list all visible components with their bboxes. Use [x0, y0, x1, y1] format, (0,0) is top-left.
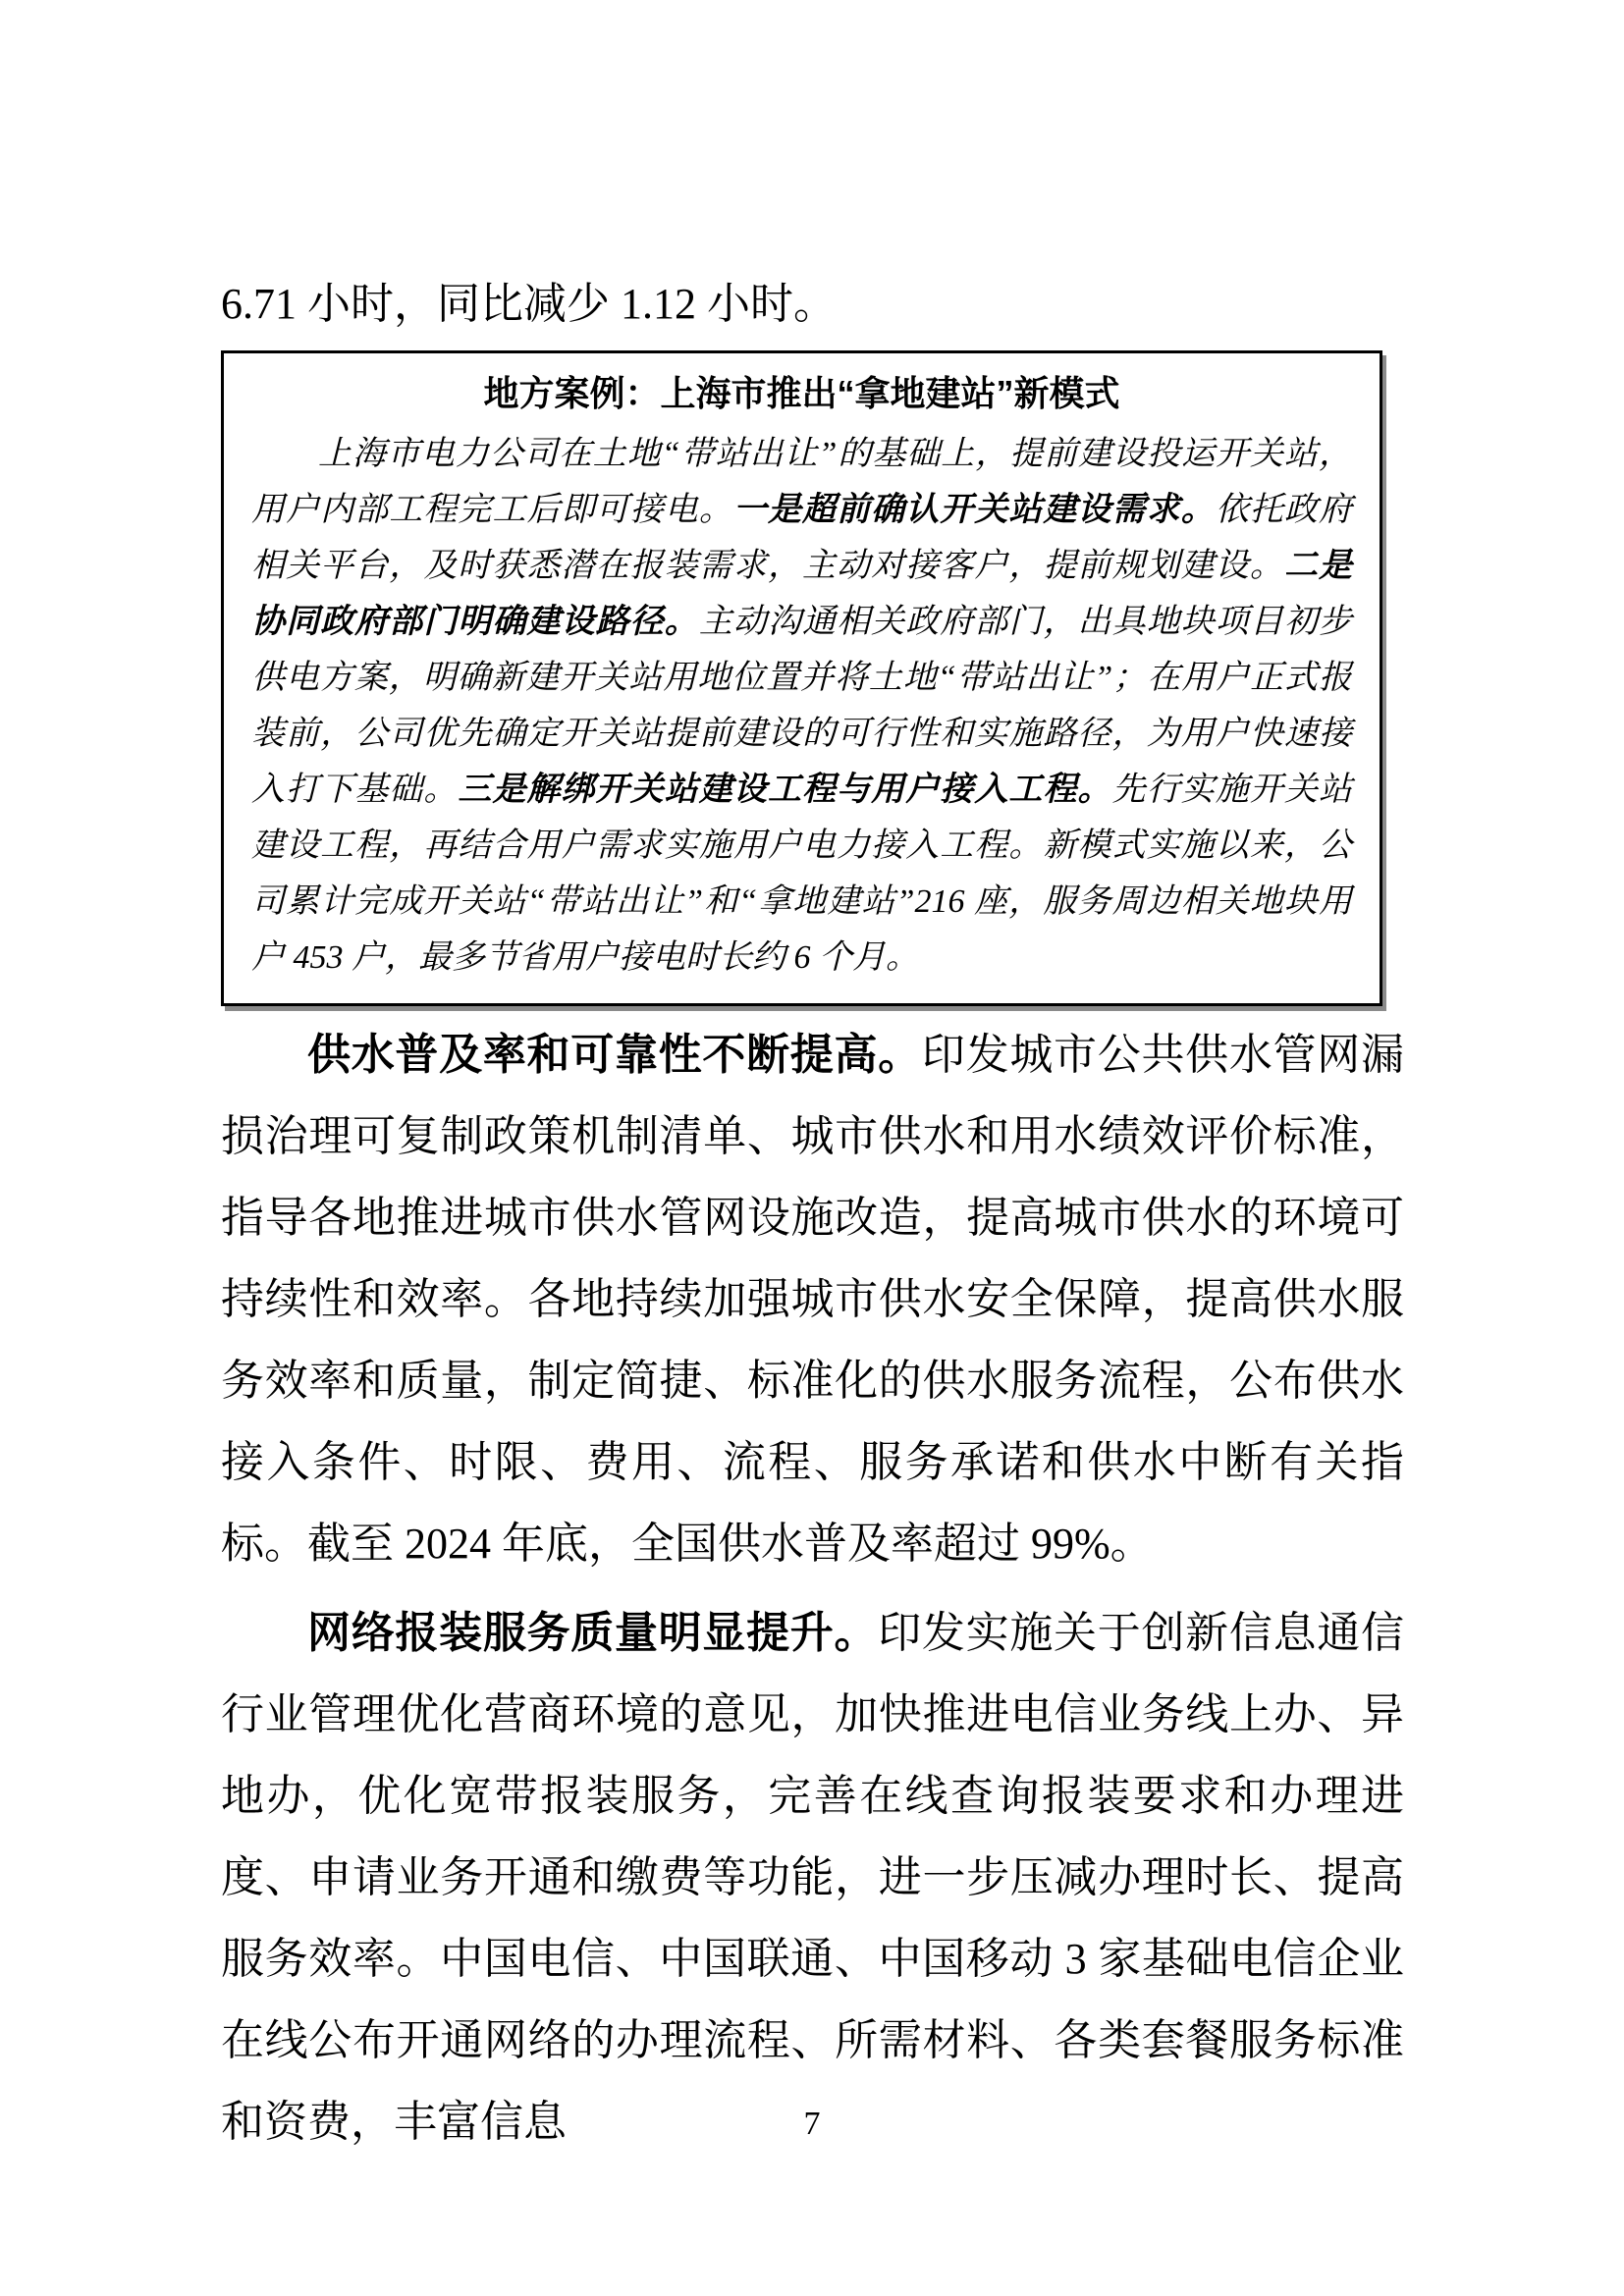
- case-box-title: 地方案例：上海市推出“拿地建站”新模式: [251, 367, 1352, 420]
- case-box-emphasis-text: 一是超前确认开关站建设需求。: [733, 492, 1216, 528]
- page-number-value: 7: [804, 2106, 821, 2142]
- paragraph-lead: 网络报装服务质量明显提升。: [307, 1609, 878, 1657]
- page-number: 7: [0, 2105, 1624, 2144]
- paragraph-text: 印发城市公共供水管网漏损治理可复制政策机制清单、城市供水和用水绩效评价标准，指导…: [221, 1031, 1404, 1568]
- paragraph-water-supply: 供水普及率和可靠性不断提高。印发城市公共供水管网漏损治理可复制政策机制清单、城市…: [221, 1014, 1404, 1584]
- document-page: 6.71 小时，同比减少 1.12 小时。 地方案例：上海市推出“拿地建站”新模…: [0, 0, 1624, 2296]
- case-study-box: 地方案例：上海市推出“拿地建站”新模式 上海市电力公司在土地“带站出让”的基础上…: [221, 350, 1382, 1006]
- case-box-emphasis-text: 三是解绑开关站建设工程与用户接入工程。: [458, 772, 1111, 808]
- paragraph-lead: 供水普及率和可靠性不断提高。: [307, 1031, 922, 1079]
- paragraph-text: 印发实施关于创新信息通信行业管理优化营商环境的意见，加快推进电信业务线上办、异地…: [221, 1609, 1404, 2146]
- case-box-body: 上海市电力公司在土地“带站出让”的基础上，提前建设投运开关站，用户内部工程完工后…: [251, 426, 1352, 986]
- paragraph-network-service: 网络报装服务质量明显提升。印发实施关于创新信息通信行业管理优化营商环境的意见，加…: [221, 1592, 1404, 2163]
- intro-continuation-line: 6.71 小时，同比减少 1.12 小时。: [221, 263, 1404, 345]
